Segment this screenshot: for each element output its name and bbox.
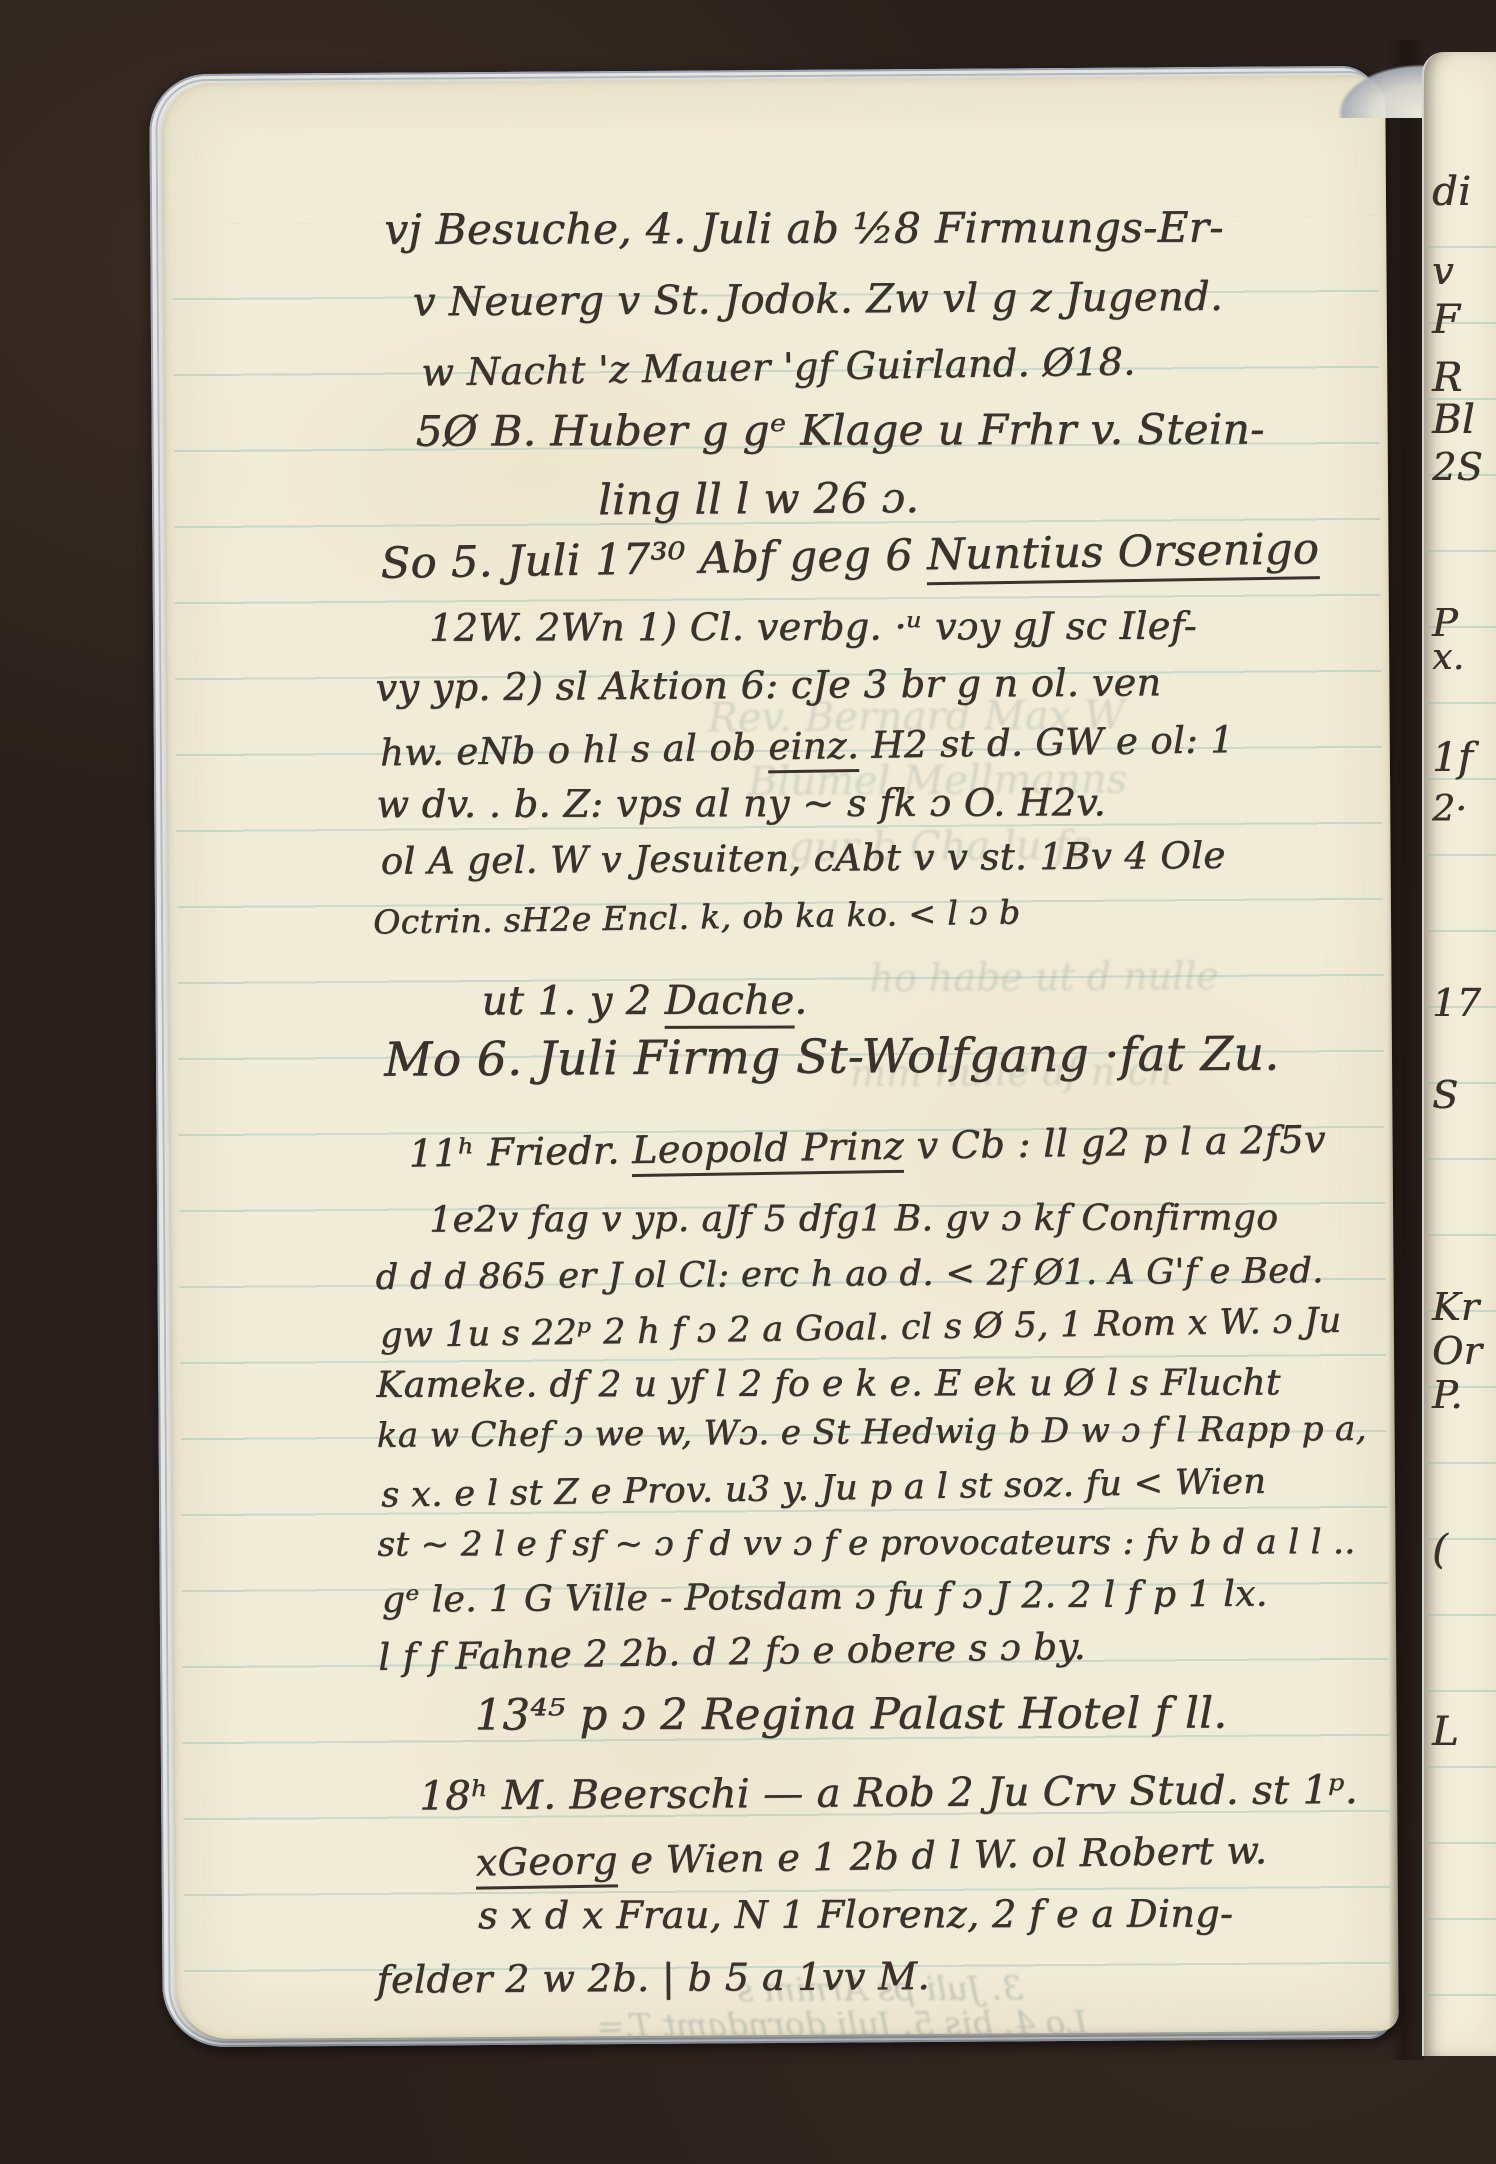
handwriting-line: ling ll l w 26 ɔ. bbox=[598, 477, 919, 521]
handwriting-line: Kameke. df 2 u yf l 2 fo e k e. E ek u Ø… bbox=[376, 1365, 1280, 1403]
handwriting-line: So 5. Juli 17³⁰ Abf geg 6 Nuntius Orseni… bbox=[380, 528, 1319, 586]
handwriting-fragment: 17 bbox=[1432, 984, 1481, 1022]
handwriting-line: xGeorg e Wien e 1 2b d l W. ol Robert w. bbox=[475, 1831, 1267, 1881]
handwriting-fragment: ( bbox=[1432, 1530, 1448, 1570]
handwriting-line: v Neuerg v St. Jodok. Zw vl g z Jugend. bbox=[413, 277, 1224, 323]
handwriting-fragment: Bl bbox=[1432, 400, 1475, 440]
page-gap-shadow bbox=[1388, 40, 1424, 2060]
handwriting-fragment: 1f bbox=[1432, 738, 1473, 778]
handwriting-line: w dv. . b. Z: vps al ny ~ s fk ɔ O. H2v. bbox=[376, 783, 1106, 823]
handwriting-line: 12W. 2Wn 1) Cl. verbg. ·ᵘ vɔy gJ sc Ilef… bbox=[429, 607, 1197, 647]
handwriting-line: vy yp. 2) sl Aktion 6: cJe 3 br g n ol. … bbox=[375, 663, 1161, 706]
handwriting-fragment: F bbox=[1432, 300, 1460, 340]
handwriting-fragment: S bbox=[1432, 1076, 1458, 1114]
handwriting-line: w Nacht 'z Mauer 'gf Guirland. Ø18. bbox=[421, 342, 1136, 391]
handwriting-line: ol A gel. W v Jesuiten, cAbt v v st. 1Bv… bbox=[380, 837, 1225, 880]
handwriting-line: ka w Chef ɔ we w, Wɔ. e St Hedwig b D w … bbox=[377, 1412, 1367, 1453]
handwriting-line: 18ʰ M. Beerschi — a Rob 2 Ju Crv Stud. s… bbox=[419, 1770, 1358, 1817]
handwriting-fragment: P. bbox=[1432, 1376, 1463, 1414]
handwriting-fragment: 2· bbox=[1432, 792, 1467, 828]
ink-layer: vj Besuche, 4. Juli ab ½8 Firmungs-Er-v … bbox=[163, 76, 1399, 2039]
handwriting-line: d d d 865 er J ol Cl: erc h ao d. < 2f Ø… bbox=[375, 1254, 1323, 1296]
diary-main-page: Rev. Bernard Max WBlumel Mellmannsgur b … bbox=[163, 76, 1399, 2039]
underlined-word: Dache bbox=[664, 978, 794, 1029]
next-page-sliver: divFRBl2SPx.1f2·17SKrOrP.(L bbox=[1422, 52, 1496, 2056]
diary-photo-scene: Rev. Bernard Max WBlumel Mellmannsgur b … bbox=[0, 0, 1496, 2164]
handwriting-fragment: R bbox=[1432, 358, 1463, 398]
handwriting-line: gᵉ le. 1 G Ville - Potsdam ɔ fu f ɔ J 2.… bbox=[382, 1577, 1268, 1619]
sliver-ink-layer: divFRBl2SPx.1f2·17SKrOrP.(L bbox=[1424, 52, 1496, 2056]
handwriting-line: s x. e l st Z e Prov. u3 y. Ju p a l st … bbox=[381, 1465, 1267, 1514]
handwriting-fragment: L bbox=[1432, 1712, 1459, 1752]
handwriting-line: 5Ø B. Huber g gᵉ Klage u Frhr v. Stein- bbox=[416, 408, 1265, 452]
handwriting-line: vj Besuche, 4. Juli ab ½8 Firmungs-Er- bbox=[384, 207, 1224, 251]
handwriting-line: felder 2 w 2b. | b 5 a 1vv M. bbox=[376, 1957, 930, 1999]
notebook-page-stack: Rev. Bernard Max WBlumel Mellmannsgur b … bbox=[163, 76, 1399, 2039]
handwriting-fragment: v bbox=[1432, 252, 1454, 290]
handwriting-fragment: Kr bbox=[1432, 1288, 1479, 1326]
handwriting-line: Mo 6. Juli Firmg St-Wolfgang ·fat Zu. bbox=[384, 1031, 1280, 1084]
underlined-word: xGeorg bbox=[475, 1838, 618, 1889]
handwriting-line: Octrin. sH2e Encl. k, ob ka ko. < l ɔ b bbox=[373, 896, 1021, 939]
handwriting-line: l f f Fahne 2 2b. d 2 fɔ e obere s ɔ by. bbox=[378, 1628, 1086, 1676]
handwriting-line: st ~ 2 l e f sf ~ ɔ f d vv ɔ f e provoca… bbox=[377, 1525, 1355, 1562]
handwriting-fragment: Or bbox=[1432, 1332, 1482, 1370]
underlined-word: Nuntius Orsenigo bbox=[927, 524, 1320, 585]
handwriting-line: 11ʰ Friedr. Leopold Prinz v Cb : ll g2 p… bbox=[408, 1120, 1326, 1172]
handwriting-line: gw 1u s 22ᵖ 2 h f ɔ 2 a Goal. cl s Ø 5, … bbox=[380, 1304, 1342, 1354]
handwriting-line: s x d x Frau, N 1 Florenz, 2 f e a Ding- bbox=[478, 1895, 1233, 1935]
underlined-word: einz. bbox=[768, 724, 860, 773]
handwriting-line: 13⁴⁵ p ɔ 2 Regina Palast Hotel f ll. bbox=[475, 1693, 1228, 1738]
handwriting-fragment: 2S bbox=[1432, 448, 1483, 486]
underlined-word: Leopold Prinz bbox=[632, 1124, 905, 1177]
handwriting-fragment: x. bbox=[1432, 640, 1465, 676]
handwriting-line: 1e2v fag v yp. aJf 5 dfg1 B. gv ɔ kf Con… bbox=[429, 1200, 1278, 1238]
handwriting-fragment: di bbox=[1432, 172, 1471, 212]
handwriting-line: hw. eNb o hl s al ob einz. H2 st d. GW e… bbox=[380, 721, 1235, 771]
handwriting-line: ut 1. y 2 Dache. bbox=[482, 981, 808, 1022]
